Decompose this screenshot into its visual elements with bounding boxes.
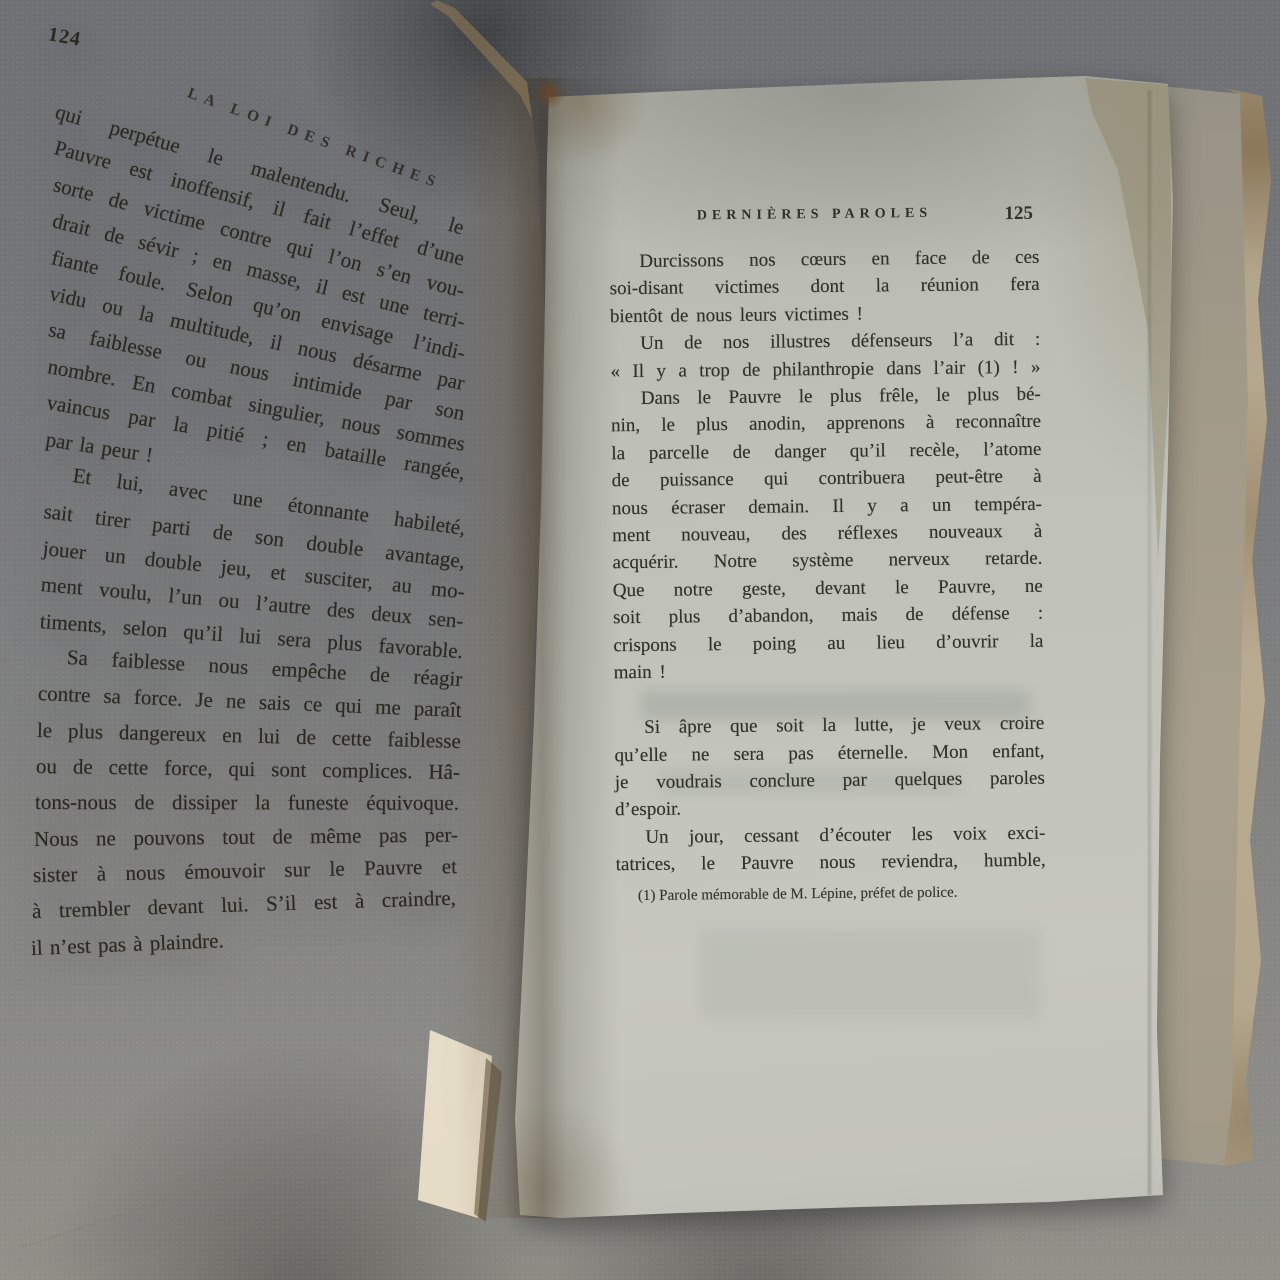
text-line: tons-nous de dissiper la funeste équivoq… bbox=[35, 791, 459, 814]
left-page-shadow: 124 LA LOI DES RICHES qui perpétue le ma… bbox=[0, 0, 1280, 1280]
text-line: à trembler devant lui. S’il est à craind… bbox=[32, 887, 456, 922]
text-line: contre sa force. Je ne sais ce qui me pa… bbox=[38, 682, 463, 721]
left-page: 124 LA LOI DES RICHES qui perpétue le ma… bbox=[0, 0, 1280, 1280]
text-line: Nous ne pouvons tout de même pas per- bbox=[34, 824, 458, 850]
left-page-text: 124 LA LOI DES RICHES qui perpétue le ma… bbox=[0, 0, 1280, 1280]
text-line: il n’est pas à plaindre. bbox=[31, 920, 456, 959]
open-book-photo: DERNIÈRES PAROLES 125 Durcissons nos cœu… bbox=[0, 0, 1280, 1280]
text-line: le plus dangereux en lui de cette faible… bbox=[37, 719, 461, 752]
page-number: 124 bbox=[46, 23, 82, 51]
text-line: sister à nous émouvoir sur le Pauvre et bbox=[33, 855, 457, 886]
text-line: ou de cette force, qui sont complices. H… bbox=[36, 755, 460, 783]
